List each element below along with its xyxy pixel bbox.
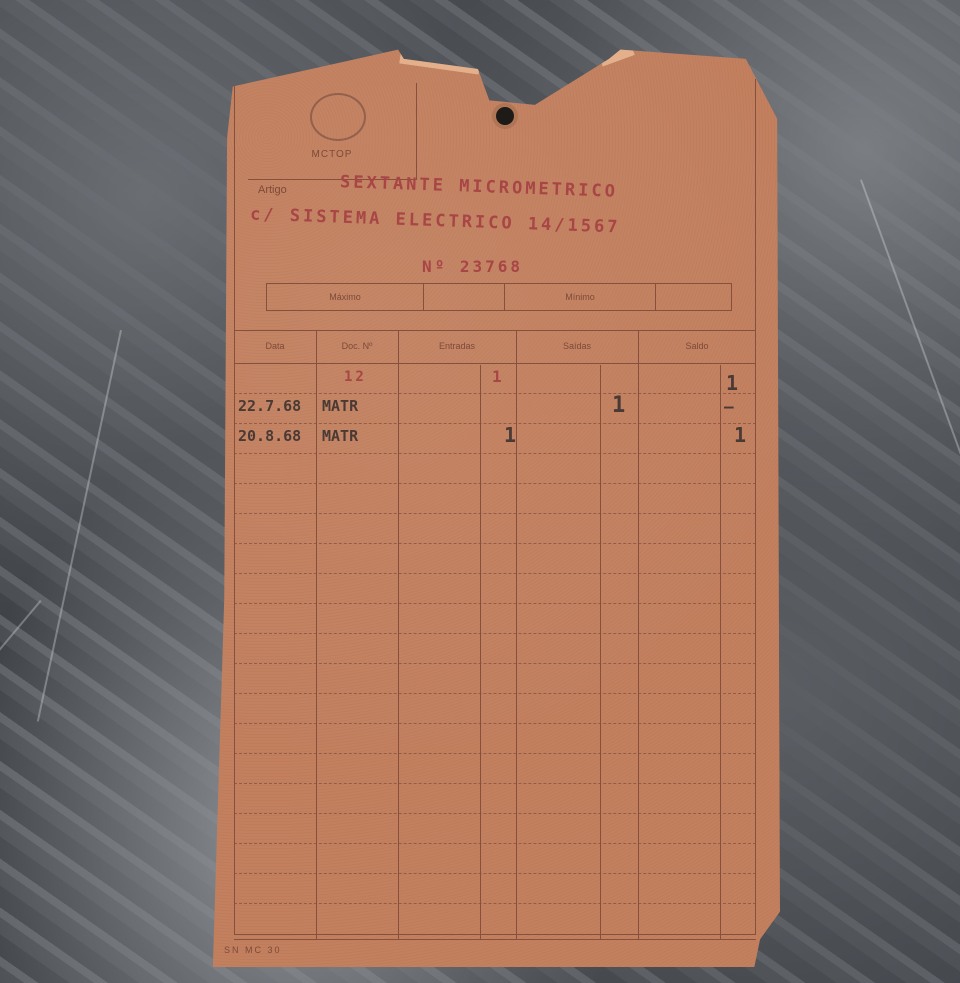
row-divider [234,633,756,634]
col-header-saidas: Saídas [516,341,638,351]
card-footer-code: SN MC 30 [224,945,282,955]
row-divider [234,603,756,604]
torn-edge [599,45,634,66]
col-header-doc: Doc. Nº [316,341,398,351]
row-1-doc: MATR [322,397,358,415]
article-label: Artigo [258,184,287,196]
max-value [424,284,505,310]
row-divider [234,513,756,514]
column-subdivider [480,365,481,939]
stock-table: Data Doc. Nº Entradas Saídas Saldo 12 [234,330,756,940]
row-0-doc: 12 [344,369,367,385]
marble-vein [37,330,122,722]
row-divider [234,423,756,424]
logo-box: MCTOP [248,83,417,180]
row-2-entradas: 1 [504,423,516,447]
row-divider [234,753,756,754]
inventory-card: MCTOP Artigo SEXTANTE MICROMETRICO c/ SI… [210,45,780,967]
col-header-saldo: Saldo [638,341,756,351]
marble-vein [0,600,42,793]
row-divider [234,873,756,874]
row-divider [234,903,756,904]
logo-text: MCTOP [248,149,416,160]
card-number: Nº 23768 [422,257,523,276]
row-divider [234,453,756,454]
row-2-saldo: 1 [734,423,746,447]
row-divider [234,663,756,664]
marble-vein [860,179,960,462]
header-divider [234,363,756,364]
torn-edge [399,48,480,75]
row-2-date: 20.8.68 [238,427,301,445]
min-value [656,284,730,310]
logo-emblem-icon [310,93,366,141]
row-2-doc: MATR [322,427,358,445]
row-divider [234,483,756,484]
min-label: Mínimo [505,284,656,310]
row-divider [234,693,756,694]
row-0-entradas: 1 [492,367,505,386]
row-0-saldo: 1 [726,371,738,395]
row-divider [234,573,756,574]
row-divider [234,723,756,724]
row-1-saldo: — [724,397,734,416]
row-divider [234,543,756,544]
column-subdivider [600,365,601,939]
row-divider [234,393,756,394]
column-subdivider [720,365,721,939]
row-divider [234,843,756,844]
row-1-saidas: 1 [612,393,625,418]
max-label: Máximo [267,284,424,310]
row-divider [234,813,756,814]
col-header-date: Data [234,341,316,351]
col-header-entradas: Entradas [398,341,516,351]
row-1-date: 22.7.68 [238,397,301,415]
max-min-box: Máximo Mínimo [266,283,732,311]
row-divider [234,783,756,784]
